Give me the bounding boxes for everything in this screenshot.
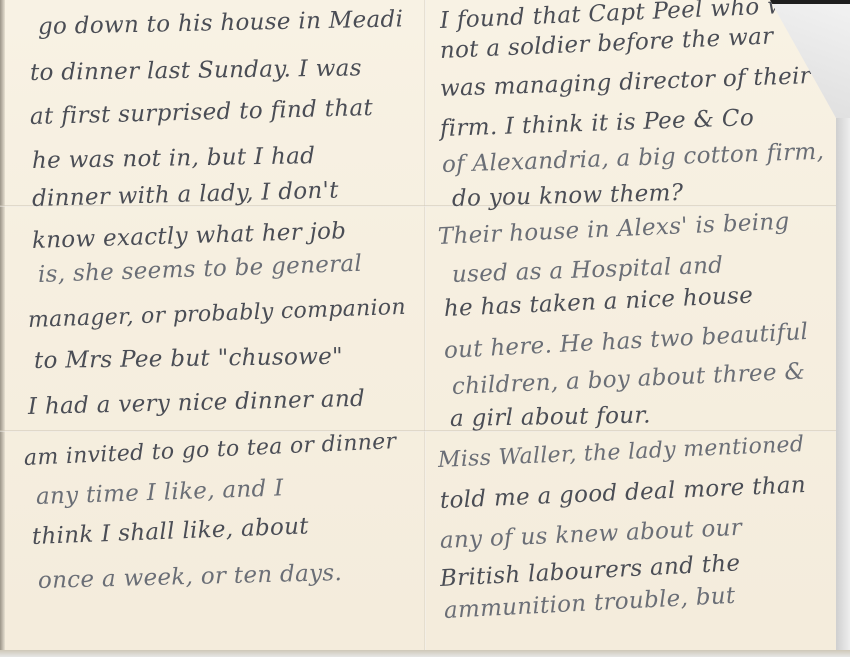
handwritten-line: he was not in, but I had	[32, 143, 316, 174]
paper-left-edge	[0, 0, 5, 657]
handwritten-line: firm. I think it is Pee & Co	[440, 105, 755, 142]
handwritten-line: think I shall like, about	[32, 513, 310, 550]
handwritten-line: know exactly what her job	[32, 218, 347, 254]
handwritten-line: children, a boy about three &	[451, 359, 805, 400]
handwritten-line: was managing director of their	[440, 63, 812, 102]
handwritten-line: Their house in Alexs' is being	[437, 209, 790, 250]
handwritten-line: is, she seems to be general	[38, 251, 363, 288]
handwritten-line: I had a very nice dinner and	[28, 386, 366, 420]
scanner-background-right	[836, 118, 850, 657]
handwritten-line: of Alexandria, a big cotton firm,	[442, 139, 825, 178]
handwritten-line: out here. He has two beautiful	[443, 319, 809, 364]
handwritten-line: to dinner last Sunday. I was	[30, 55, 362, 86]
handwritten-line: am invited to go to tea or dinner	[23, 429, 396, 471]
handwritten-line: any of us knew about our	[439, 515, 742, 554]
handwritten-line: do you know them?	[452, 180, 684, 212]
handwritten-line: a girl about four.	[450, 402, 651, 431]
horizontal-fold-line-lower	[0, 430, 836, 432]
letter-scan: go down to his house in Meadi to dinner …	[0, 0, 850, 657]
handwritten-line: manager, or probably companion	[28, 295, 407, 333]
scanner-background-bottom	[0, 650, 850, 657]
handwritten-line: to Mrs Pee but "chusowe"	[34, 344, 343, 374]
handwritten-line: go down to his house in Meadi	[38, 6, 404, 40]
handwritten-line: Miss Waller, the lady mentioned	[437, 432, 804, 473]
letter-paper: go down to his house in Meadi to dinner …	[0, 0, 836, 650]
handwritten-line: any time I like, and I	[36, 475, 284, 510]
handwritten-line: told me a good deal more than	[439, 472, 806, 514]
vertical-fold-line	[424, 0, 426, 650]
handwritten-line: he has taken a nice house	[443, 283, 753, 322]
handwritten-line: at first surprised to find that	[30, 95, 374, 130]
handwritten-line: once a week, or ten days.	[38, 560, 343, 594]
handwritten-line: used as a Hospital and	[452, 253, 724, 288]
